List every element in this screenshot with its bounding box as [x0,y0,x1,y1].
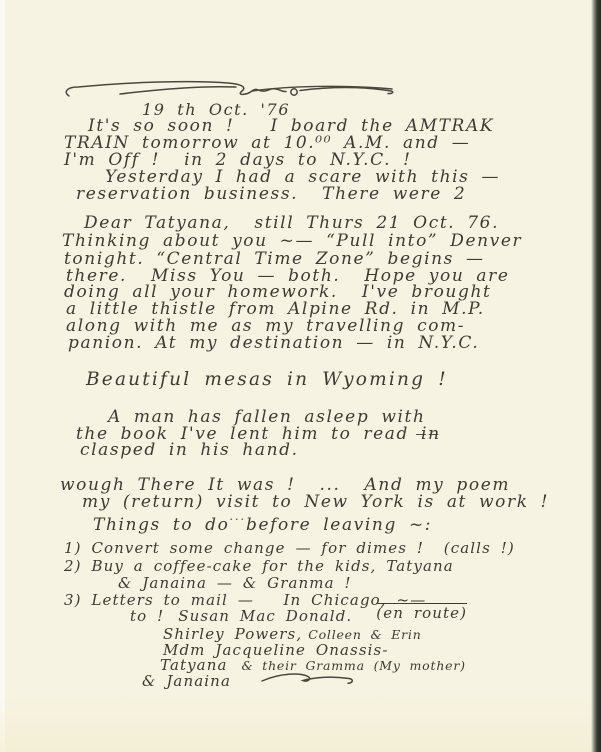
mail-recipient-janaina: & Janaina [142,674,231,689]
mail-recipient-colleen-erin: Colleen & Erin [308,627,421,642]
mail-recipient-susan: Susan Mac Donald. [178,607,352,625]
paper-bottom-shading [0,692,601,752]
letter-page: 19 th Oct. '76 It's so soon ! I board th… [0,0,601,752]
todo-heading: Things to do···before leaving ~: [93,517,432,534]
todo-item-3: 3) Letters to mail — In Chicago, ~— [64,593,426,608]
paper-left-edge [0,0,5,752]
todo-item-2-cont: & Janaina — & Granma ! [118,576,352,591]
mail-to-label: to ! [130,607,164,625]
opening-line-5: reservation business. There were 2 [76,186,466,203]
mesas-line: Beautiful mesas in Wyoming ! [86,371,448,390]
poem-note-line-3: clasped in his hand. [80,442,299,459]
todo-heading-start: Things to do [93,515,229,535]
paragraph-line-2: Thinking about you ~— “Pull into” Denver [62,233,522,250]
scan-edge [591,0,601,752]
continuation-line-2: my (return) visit to New York is at work… [82,494,549,511]
todo-item-2: 2) Buy a coffee-cake for the kids, Tatya… [64,559,454,574]
todo-heading-end: before leaving ~: [246,515,432,535]
paragraph-line-8: panion. At my destination — in N.Y.C. [68,335,479,352]
pen-flourish-icon [60,78,400,102]
todo-heading-dots: ··· [229,513,246,526]
mail-to-line: to !Susan Mac Donald.(en route) [130,609,467,624]
mail-recipient-shirley: Shirley Powers,Colleen & Erin [163,627,422,642]
salutation-line: Dear Tatyana, still Thurs 21 Oct. 76. [84,215,499,232]
todo-item-1: 1) Convert some change — for dimes ! (ca… [64,541,515,556]
janaina-squiggle-icon [258,668,362,688]
mail-en-route-note: (en route) [376,604,467,622]
